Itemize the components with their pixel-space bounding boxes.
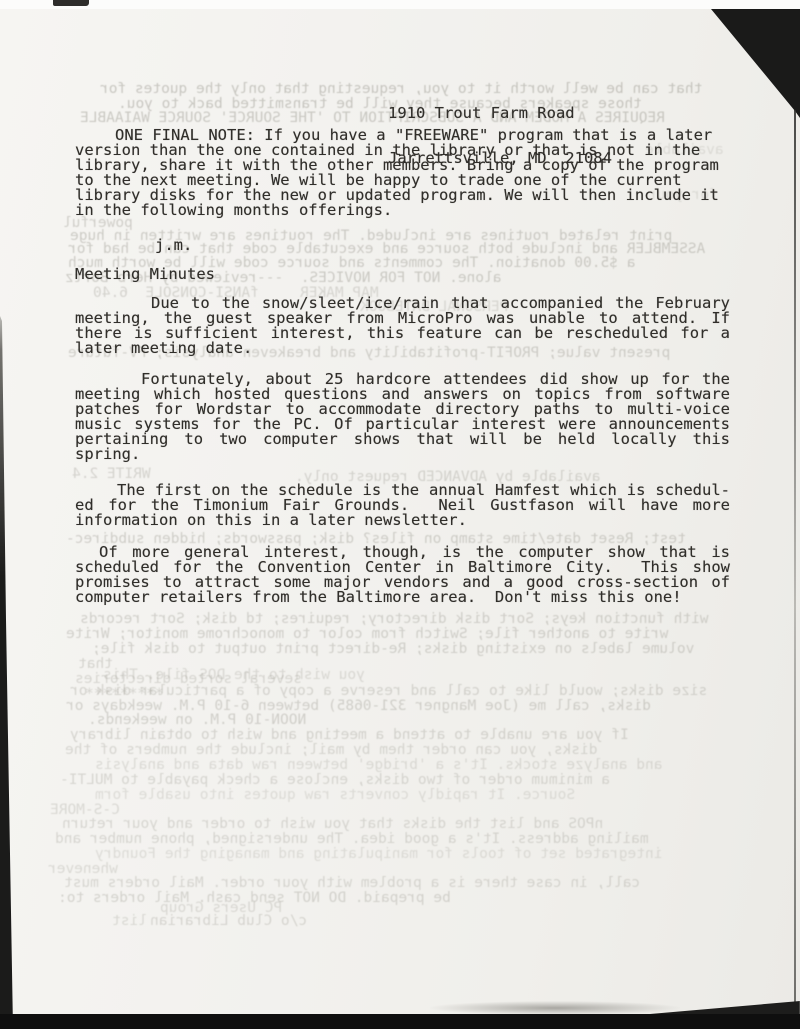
ghost-text-line: a minimum order of two disks, enclose a …: [60, 773, 610, 787]
ghost-text-line: c/o Club Librarian: [150, 914, 307, 928]
paragraph-final-note: ONE FINAL NOTE: If you have a "FREEWARE"…: [75, 128, 730, 218]
text-line: spring.: [75, 447, 730, 462]
scan-smudge: [430, 1001, 680, 1015]
ghost-text-line: disks, call me (Joe Mangner 321-0685) be…: [66, 699, 651, 713]
scan-bottom-edge: [0, 1014, 800, 1029]
text-line: in the following months offerings.: [75, 203, 730, 218]
paragraph-computer-show: Of more general interest, though, is the…: [75, 545, 730, 605]
scanned-newsletter-page: { "doc": { "address": ["1910 Trout Farm …: [0, 0, 800, 1029]
section-heading: Meeting Minutes: [75, 267, 730, 282]
document-body: ONE FINAL NOTE: If you have a "FREEWARE"…: [75, 128, 730, 605]
ghost-text-line: with function keys; Sort disk directory;…: [80, 612, 709, 626]
ghost-text-line: NOON-10 P.M. on weekends.: [88, 713, 306, 727]
ghost-text-line: If you are unable to attend a meeting an…: [70, 728, 629, 742]
ghost-text-line: list: [112, 914, 147, 928]
ghost-text-line: mailing address. It's a good idea. The u…: [55, 832, 649, 846]
address-line: 1910 Trout Farm Road: [388, 106, 612, 121]
ghost-text-line: Source. It rapidly converts raw quotes i…: [95, 788, 575, 802]
ghost-text-line: size disks; would like to call and reser…: [70, 684, 707, 698]
paragraph-meeting-attendance: Fortunately, about 25 hardcore attendees…: [75, 372, 730, 462]
ghost-text-line: whenever: [48, 862, 118, 876]
signature-initials: j.m.: [155, 238, 730, 253]
text-line: later meeting date.: [75, 341, 730, 356]
page-right-edge-shadow: [794, 110, 796, 1012]
ghost-text-line: integrated set of tools for manipulating…: [95, 847, 662, 861]
ghost-text-line: disks, you can order them by mail; inclu…: [65, 743, 598, 757]
text-line: pertaining to two computer shows that wi…: [75, 432, 730, 447]
ghost-text-line: write to another file; Switch from color…: [66, 627, 668, 641]
paragraph-weather-cancellation: Due to the snow/sleet/ice/rain that acco…: [75, 296, 730, 356]
scan-artifact-mark: [53, 0, 89, 6]
text-line: computer retailers from the Baltimore ar…: [75, 590, 730, 605]
paragraph-hamfest: The first on the schedule is the annual …: [75, 483, 730, 528]
text-line: information on this in a later newslette…: [75, 513, 730, 528]
ghost-text-line: call, in case there is a problem with yo…: [64, 876, 640, 890]
ghost-text-line: volume labels on existing disks; Re-dire…: [92, 642, 694, 656]
scan-top-margin: [0, 0, 800, 9]
ghost-text-line: and analyze stocks. It's a 'bridge' betw…: [95, 758, 662, 772]
ghost-text-line: C-S-MORE: [50, 803, 120, 817]
ghost-text-line: nPOS and list the disks that you wish to…: [62, 817, 603, 831]
